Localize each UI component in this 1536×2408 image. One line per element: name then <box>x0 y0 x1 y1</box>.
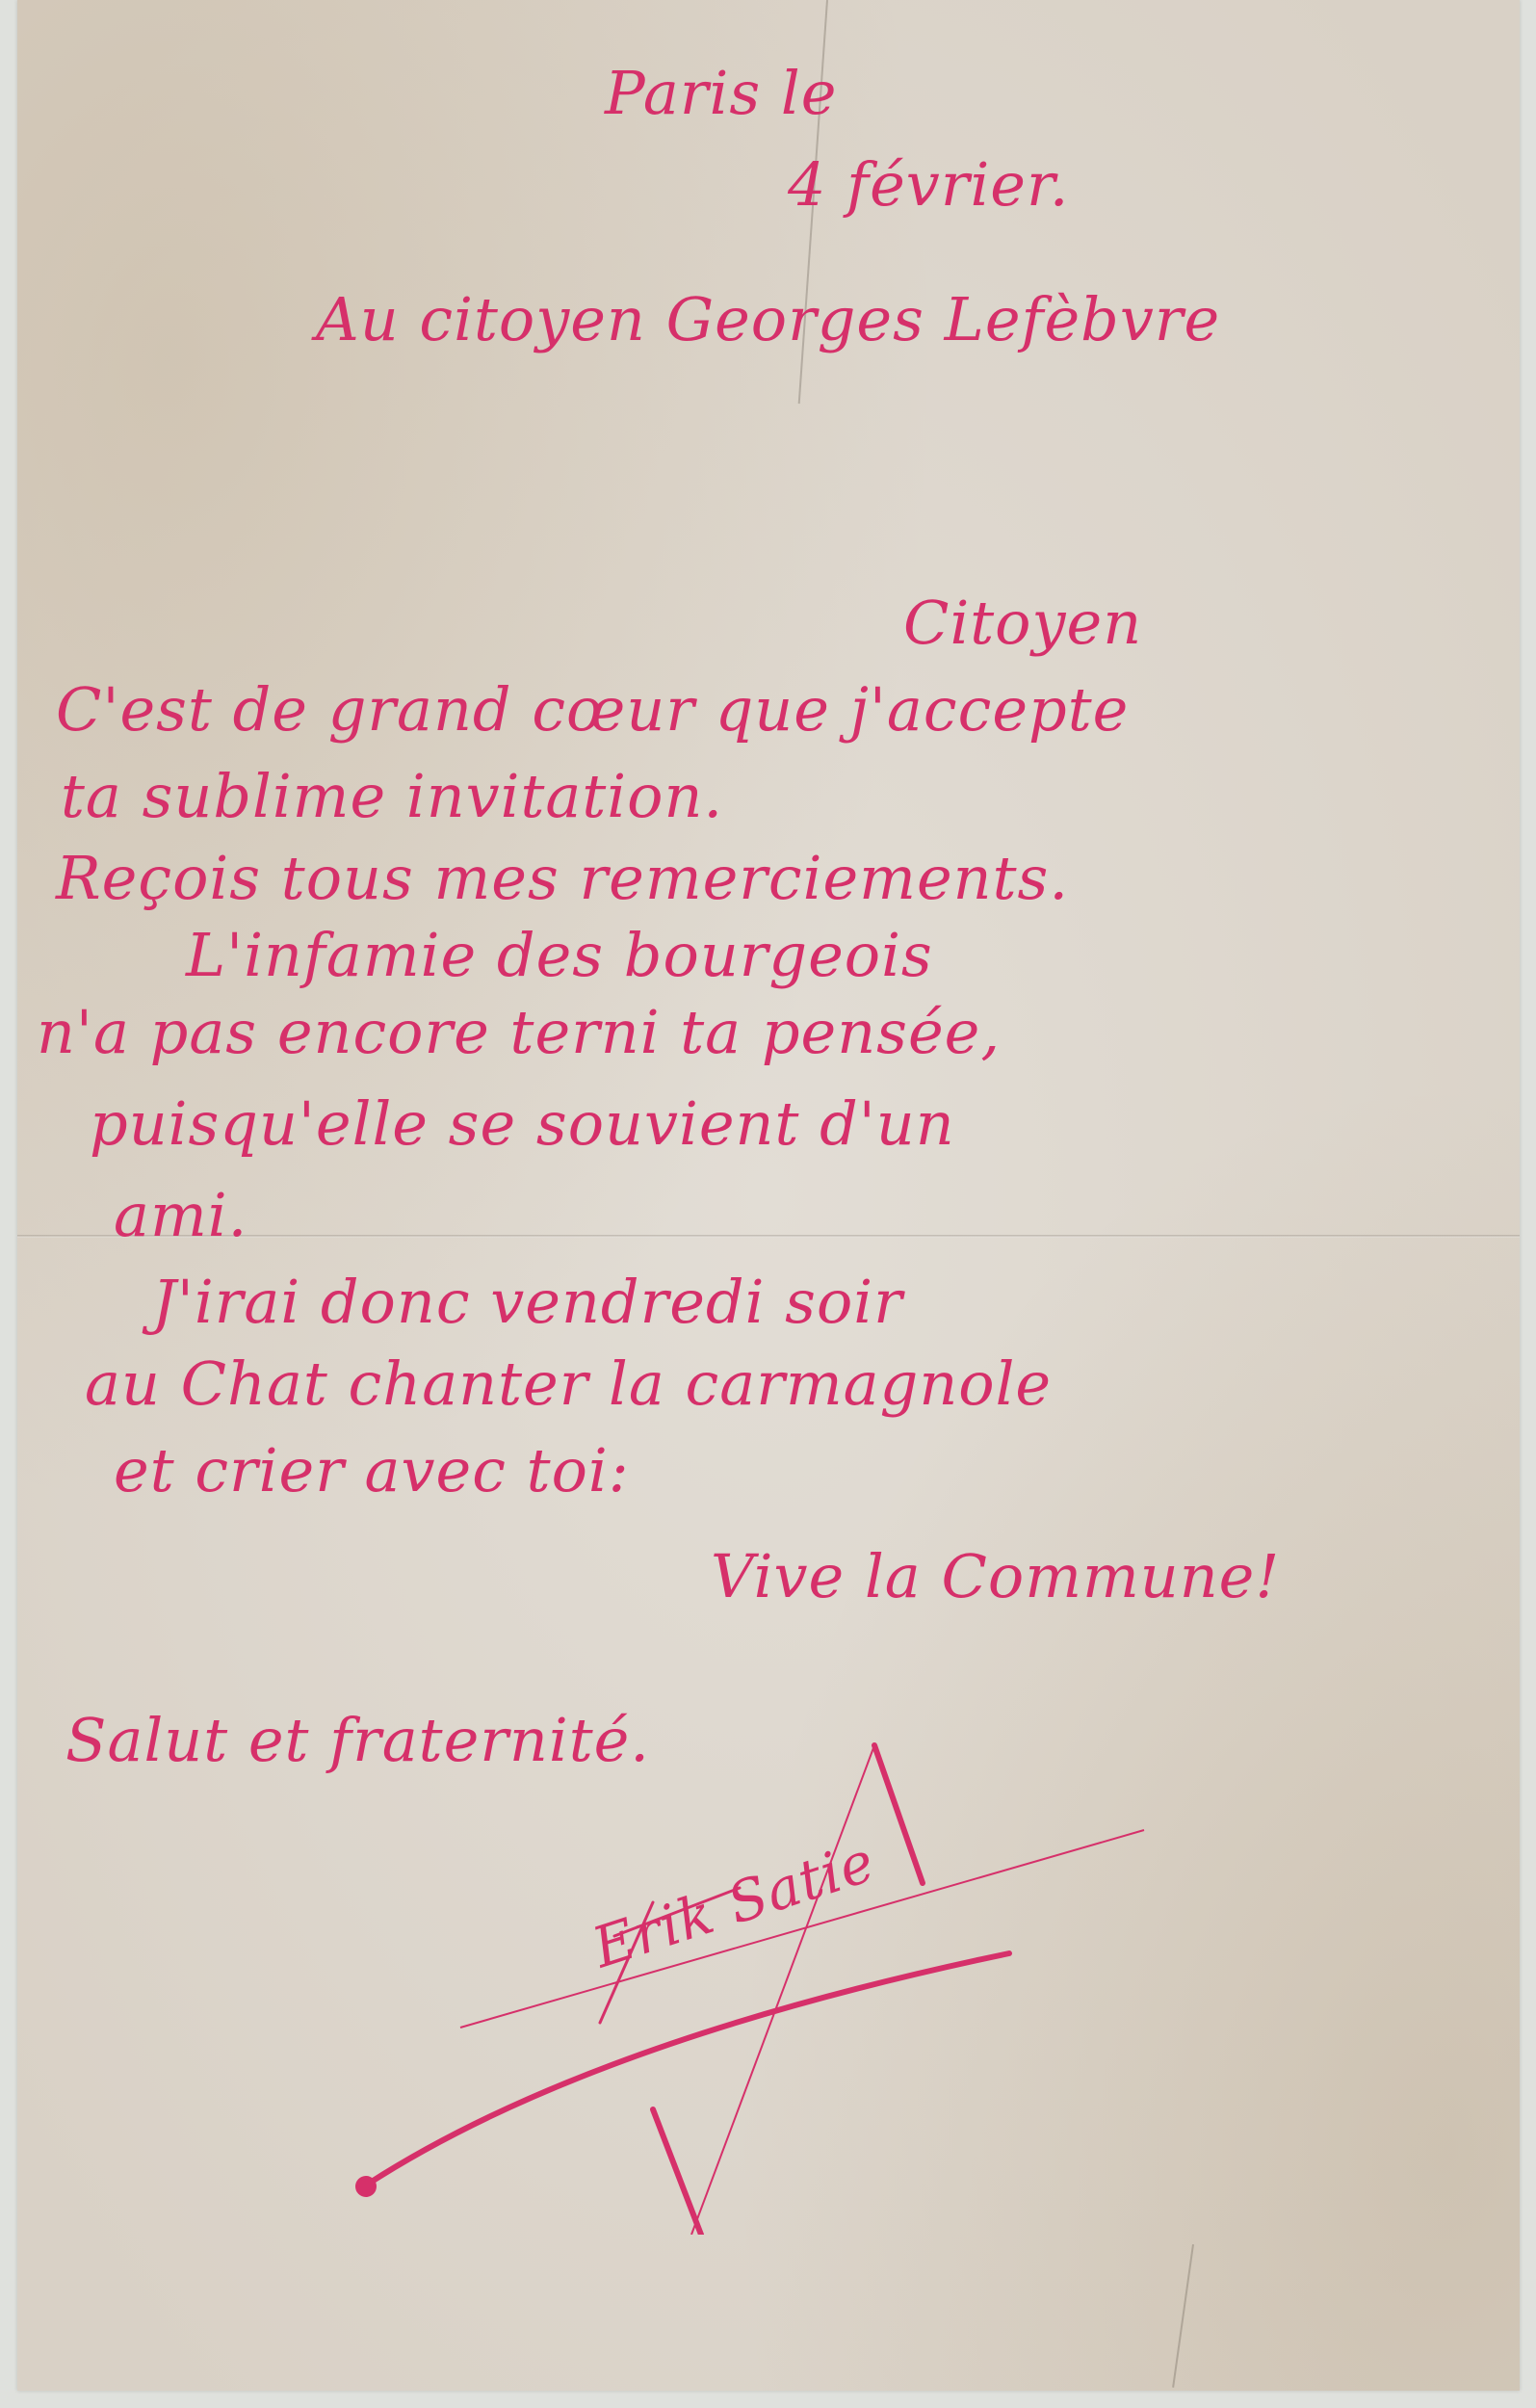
body-line: au Chat chanter la carmagnole <box>85 1348 1052 1419</box>
exclamation: Vive la Commune! <box>711 1541 1280 1611</box>
body-line: ami. <box>114 1180 247 1250</box>
body-line: C'est de grand cœur que j'accepte <box>56 674 1129 745</box>
body-line: n'a pas encore terni ta pensée, <box>37 997 1001 1067</box>
body-line: J'irai donc vendredi soir <box>152 1267 903 1337</box>
body-line: puisqu'elle se souvient d'un <box>90 1088 955 1159</box>
body-line: ta sublime invitation. <box>61 761 723 831</box>
addressee: Au citoyen Georges Lefèbvre <box>316 284 1220 354</box>
paper-crease <box>1172 2244 1194 2388</box>
salutation: Citoyen <box>903 588 1142 658</box>
date: 4 février. <box>788 149 1070 220</box>
place-date: Paris le <box>605 58 837 128</box>
body-line: Reçois tous mes remerciements. <box>56 843 1069 913</box>
letter-paper: Paris le 4 février. Au citoyen Georges L… <box>17 0 1520 2391</box>
body-line: L'infamie des bourgeois <box>186 920 933 990</box>
body-line: et crier avec toi: <box>114 1435 630 1505</box>
signature-flourish <box>345 1734 1211 2235</box>
